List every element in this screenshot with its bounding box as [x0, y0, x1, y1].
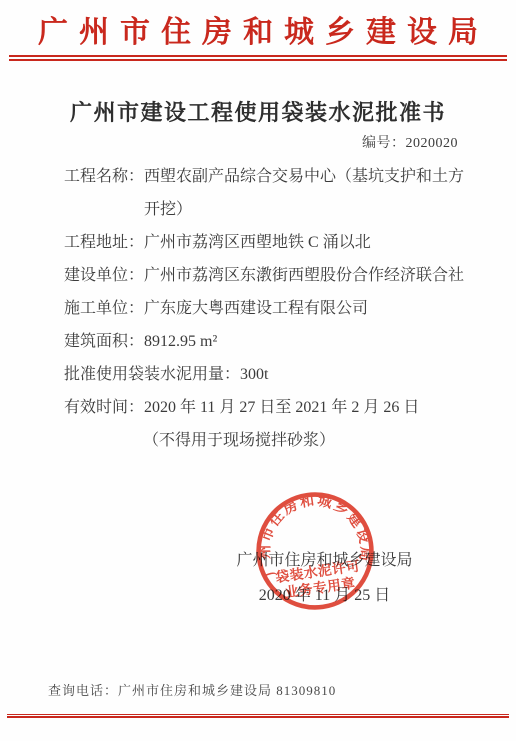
- field-label: 批准使用袋装水泥用量：: [64, 358, 240, 391]
- restriction-note: （不得用于现场搅拌砂浆）: [64, 424, 470, 457]
- document-number-label: 编号：: [362, 136, 406, 151]
- field-value: 广州市荔湾区东漖街西塱股份合作经济联合社: [144, 259, 470, 292]
- field-row-construction-unit: 建设单位： 广州市荔湾区东漖街西塱股份合作经济联合社: [64, 259, 470, 292]
- field-value: 西塱农副产品综合交易中心（基坑支护和土方开挖）: [144, 160, 470, 226]
- signature-agency: 广州市住房和城乡建设局: [222, 543, 427, 578]
- fields-list: 工程名称： 西塱农副产品综合交易中心（基坑支护和土方开挖） 工程地址： 广州市荔…: [64, 160, 470, 457]
- field-value: 8912.95 m²: [144, 325, 470, 358]
- field-row-project-name: 工程名称： 西塱农副产品综合交易中心（基坑支护和土方开挖）: [64, 160, 470, 226]
- header-double-rule: [9, 55, 507, 61]
- document-number-value: 2020020: [406, 136, 459, 151]
- document-number: 编号：2020020: [362, 132, 458, 152]
- signature-date: 2020 年 11 月 25 日: [222, 578, 427, 613]
- field-label: 工程地址：: [64, 226, 144, 259]
- footer-inquiry-phone: 查询电话：广州市住房和城乡建设局 81309810: [48, 680, 336, 699]
- field-label: 工程名称：: [64, 160, 144, 193]
- field-label: 有效时间：: [64, 391, 144, 424]
- header-agency-title: 广州市住房和城乡建设局: [0, 7, 516, 51]
- field-row-project-address: 工程地址： 广州市荔湾区西塱地铁 C 涌以北: [64, 226, 470, 259]
- field-label: 建筑面积：: [64, 325, 144, 358]
- document-title: 广州市建设工程使用袋装水泥批准书: [0, 96, 516, 127]
- footer-rule: [7, 714, 509, 718]
- field-value: 广东庞大粤西建设工程有限公司: [144, 292, 470, 325]
- field-label: 施工单位：: [64, 292, 144, 325]
- field-row-contractor: 施工单位： 广东庞大粤西建设工程有限公司: [64, 292, 470, 325]
- field-row-cement-quota: 批准使用袋装水泥用量： 300t: [64, 358, 470, 391]
- document-page: 广州市住房和城乡建设局 广州市建设工程使用袋装水泥批准书 编号：2020020 …: [0, 0, 516, 741]
- field-label: 建设单位：: [64, 259, 144, 292]
- field-value: 300t: [240, 358, 470, 391]
- field-value: 广州市荔湾区西塱地铁 C 涌以北: [144, 226, 470, 259]
- field-value: 2020 年 11 月 27 日至 2021 年 2 月 26 日: [144, 391, 470, 424]
- field-row-floor-area: 建筑面积： 8912.95 m²: [64, 325, 470, 358]
- field-row-valid-period: 有效时间： 2020 年 11 月 27 日至 2021 年 2 月 26 日: [64, 391, 470, 424]
- signature-block: 广州市住房和城乡建设局 2020 年 11 月 25 日: [222, 543, 427, 613]
